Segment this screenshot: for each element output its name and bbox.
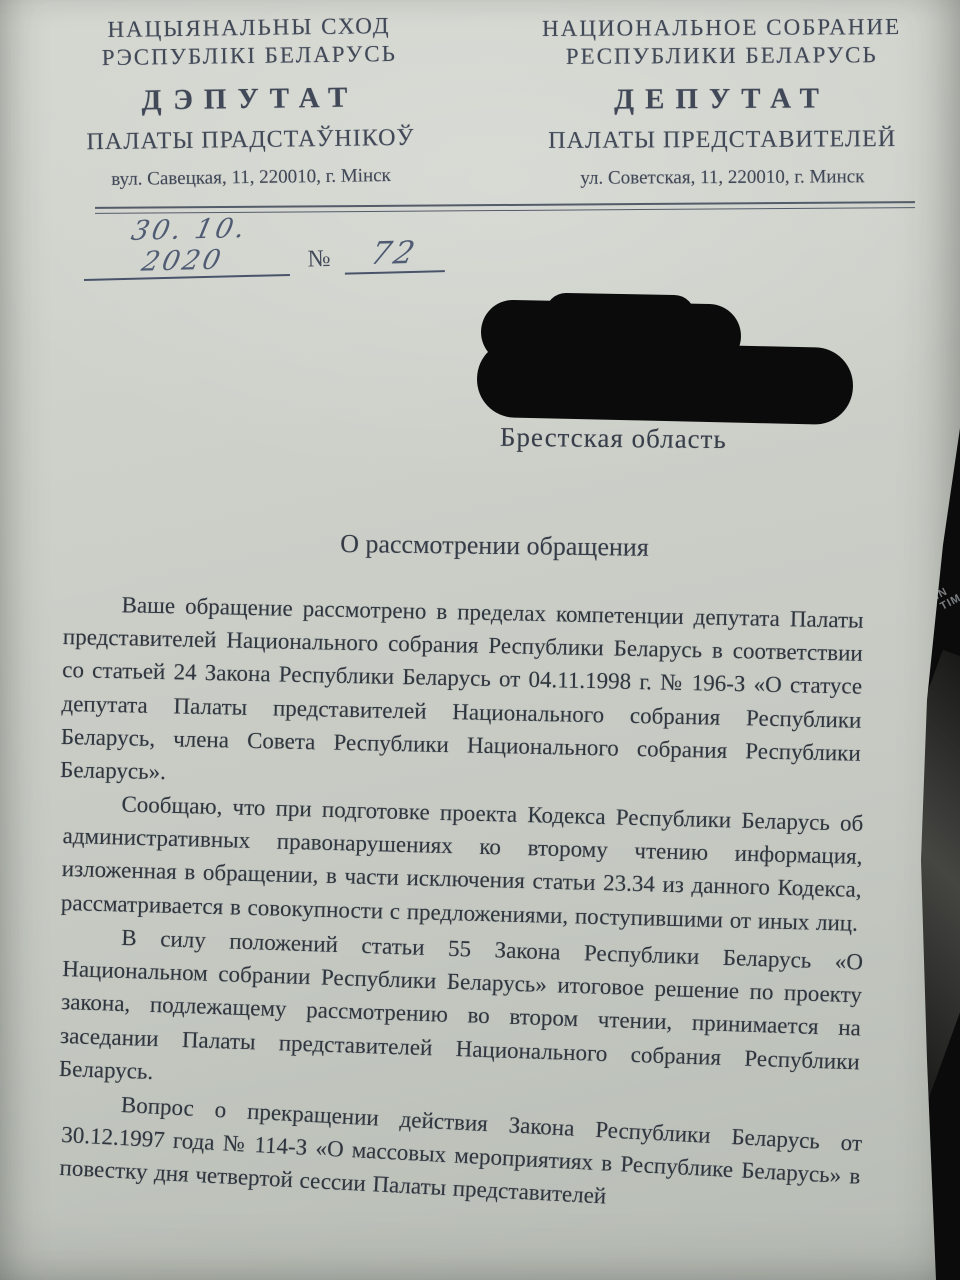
addressee-region: Брестская область [500, 422, 727, 455]
address-line: ул. Советская, 11, 220010, г. Минск [518, 166, 926, 190]
redaction-mark [476, 340, 854, 426]
chamber-name: ПАЛАТЫ ПРАДСТАЎНІКОЎ [64, 124, 436, 156]
letter-body: Ваше обращение рассмотрено в пределах ко… [64, 587, 864, 1185]
reference-line: 30. 10. 2020 № 72 [83, 216, 960, 281]
letterhead-divider-line [95, 201, 915, 214]
role-title: ДЭПУТАТ [64, 80, 436, 118]
photographed-letter: IN TIM НАЦЫЯНАЛЬНЫ СХОД РЭСПУБЛІКІ БЕЛАР… [0, 0, 960, 1280]
subject-line: О рассмотрении обращения [340, 529, 649, 563]
paragraph: В силу положений статьи 55 Закона Респуб… [58, 919, 863, 1111]
paragraph: Ваше обращение рассмотрено в пределах ко… [60, 587, 864, 803]
letterhead-belarusian: НАЦЫЯНАЛЬНЫ СХОД РЭСПУБЛІКІ БЕЛАРУСЬ ДЭП… [63, 11, 437, 191]
handwritten-number: 72 [368, 235, 422, 272]
paragraph: Сообщаю, что при подготовке проекта Коде… [61, 786, 864, 940]
role-title: ДЕПУТАТ [518, 82, 926, 117]
address-line: вул. Савецкая, 11, 220010, г. Мінск [65, 164, 437, 191]
date-field: 30. 10. 2020 [82, 212, 290, 281]
document-page: НАЦЫЯНАЛЬНЫ СХОД РЭСПУБЛІКІ БЕЛАРУСЬ ДЭП… [0, 0, 960, 1280]
letterhead-russian: НАЦИОНАЛЬНОЕ СОБРАНИЕ РЕСПУБЛИКИ БЕЛАРУС… [518, 13, 927, 190]
org-name-line: РЭСПУБЛІКІ БЕЛАРУСЬ [63, 39, 435, 72]
org-name-line: РЕСПУБЛИКИ БЕЛАРУСЬ [518, 41, 926, 71]
number-sign: № [307, 246, 331, 274]
chamber-name: ПАЛАТЫ ПРЕДСТАВИТЕЛЕЙ [518, 126, 926, 155]
letterhead: НАЦЫЯНАЛЬНЫ СХОД РЭСПУБЛІКІ БЕЛАРУСЬ ДЭП… [0, 0, 960, 189]
org-name-line: НАЦИОНАЛЬНОЕ СОБРАНИЕ [518, 13, 926, 43]
handwritten-date: 30. 10. 2020 [76, 212, 296, 279]
number-field: 72 [344, 234, 445, 274]
